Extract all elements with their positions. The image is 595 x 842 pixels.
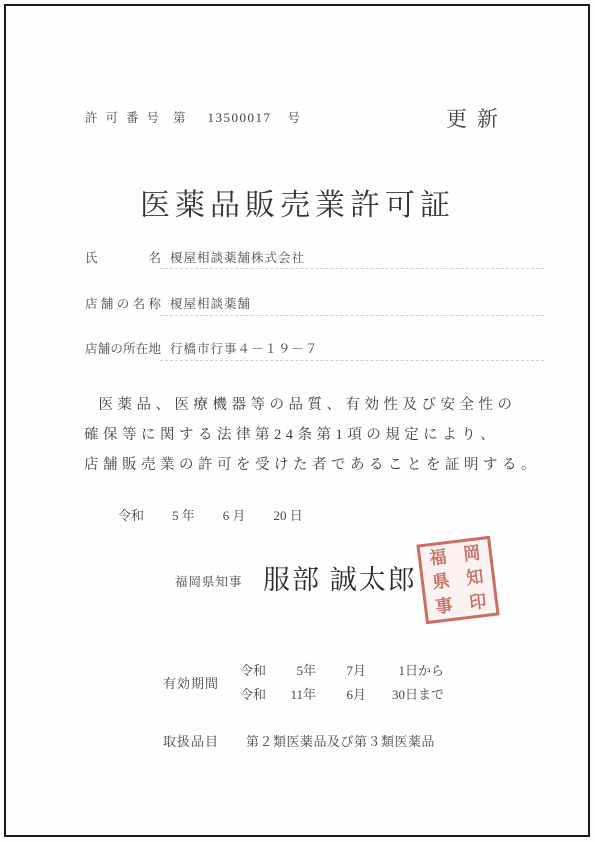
store-name-value: 榎屋相談薬舗 [170, 294, 251, 312]
handled-items-value: 第２類医薬品及び第３類医薬品 [246, 731, 435, 750]
prefectural-governor-seal: 福 岡 県 知 事 印 [416, 536, 499, 624]
store-address-value: 行橋市行事４－１９－７ [170, 339, 319, 357]
renewal-stamp-text: 更新 [446, 103, 508, 133]
issue-date-day: 20 日 [274, 505, 303, 524]
validity-end-day: 30日まで [366, 684, 444, 703]
issue-date-year: 5 年 [172, 505, 195, 524]
validity-end-row: 令和 11年 6月 30日まで [240, 684, 444, 708]
seal-character: 県 [432, 572, 451, 592]
permit-number-line: 許可番号 第 13500017 号 [85, 108, 300, 126]
validity-start-row: 令和 5年 7月 1日から [240, 660, 444, 684]
validity-period-label: 有効期間 [163, 673, 219, 692]
seal-character: 福 [429, 548, 448, 568]
name-value: 榎屋相談薬舗株式会社 [170, 248, 305, 266]
validity-end-year: 11年 [268, 684, 316, 703]
underline [160, 268, 544, 269]
seal-character: 岡 [462, 544, 481, 564]
paragraph-line: 医薬品、医療機器等の品質、有効性及び安全性の [84, 390, 524, 420]
field-row-store-address: 店舗の所在地 行橋市行事４－１９－７ [85, 339, 319, 357]
governor-name: 服部 誠太郎 [263, 558, 417, 597]
handled-items-label: 取扱品目 [163, 731, 219, 750]
field-row-name: 氏名 榎屋相談薬舗株式会社 [85, 248, 305, 266]
seal-character: 知 [465, 568, 484, 588]
store-address-label: 店舗の所在地 [85, 339, 161, 357]
underline [160, 360, 544, 361]
issue-date-era: 令和 [118, 505, 144, 524]
handled-items-row: 取扱品目 第２類医薬品及び第３類医薬品 [163, 731, 435, 750]
certification-paragraph: 医薬品、医療機器等の品質、有効性及び安全性の 確保等に関する法律第24条第1項の… [84, 390, 524, 480]
seal-character: 事 [435, 597, 454, 617]
validity-period-rows: 令和 5年 7月 1日から 令和 11年 6月 30日まで [240, 660, 444, 708]
store-name-label: 店舗の名称 [85, 294, 161, 312]
governor-title: 福岡県知事 [175, 572, 243, 590]
paragraph-line: 確保等に関する法律第24条第1項の規定により、 [84, 420, 524, 450]
paragraph-line: 店舗販売業の許可を受けた者であることを証明する。 [84, 450, 524, 480]
issue-date: 令和 5 年 6 月 20 日 [118, 505, 303, 524]
permit-number-prefix: 第 [173, 108, 186, 126]
validity-end-month: 6月 [316, 684, 366, 703]
validity-end-era: 令和 [240, 684, 268, 703]
field-row-store-name: 店舗の名称 榎屋相談薬舗 [85, 294, 251, 312]
validity-start-day: 1日から [366, 660, 444, 679]
permit-number-value: 13500017 [208, 110, 272, 126]
validity-start-month: 7月 [316, 660, 366, 679]
document-title: 医薬品販売業許可証 [0, 180, 595, 224]
validity-start-year: 5年 [268, 660, 316, 679]
license-certificate-page: 許可番号 第 13500017 号 更新 医薬品販売業許可証 氏名 榎屋相談薬舗… [0, 0, 595, 842]
issue-date-month: 6 月 [223, 505, 246, 524]
underline [160, 315, 544, 316]
seal-character: 印 [468, 593, 487, 613]
permit-number-suffix: 号 [288, 108, 301, 126]
permit-number-label: 許可番号 [85, 108, 159, 126]
validity-start-era: 令和 [240, 660, 268, 679]
name-label: 氏名 [85, 248, 161, 266]
